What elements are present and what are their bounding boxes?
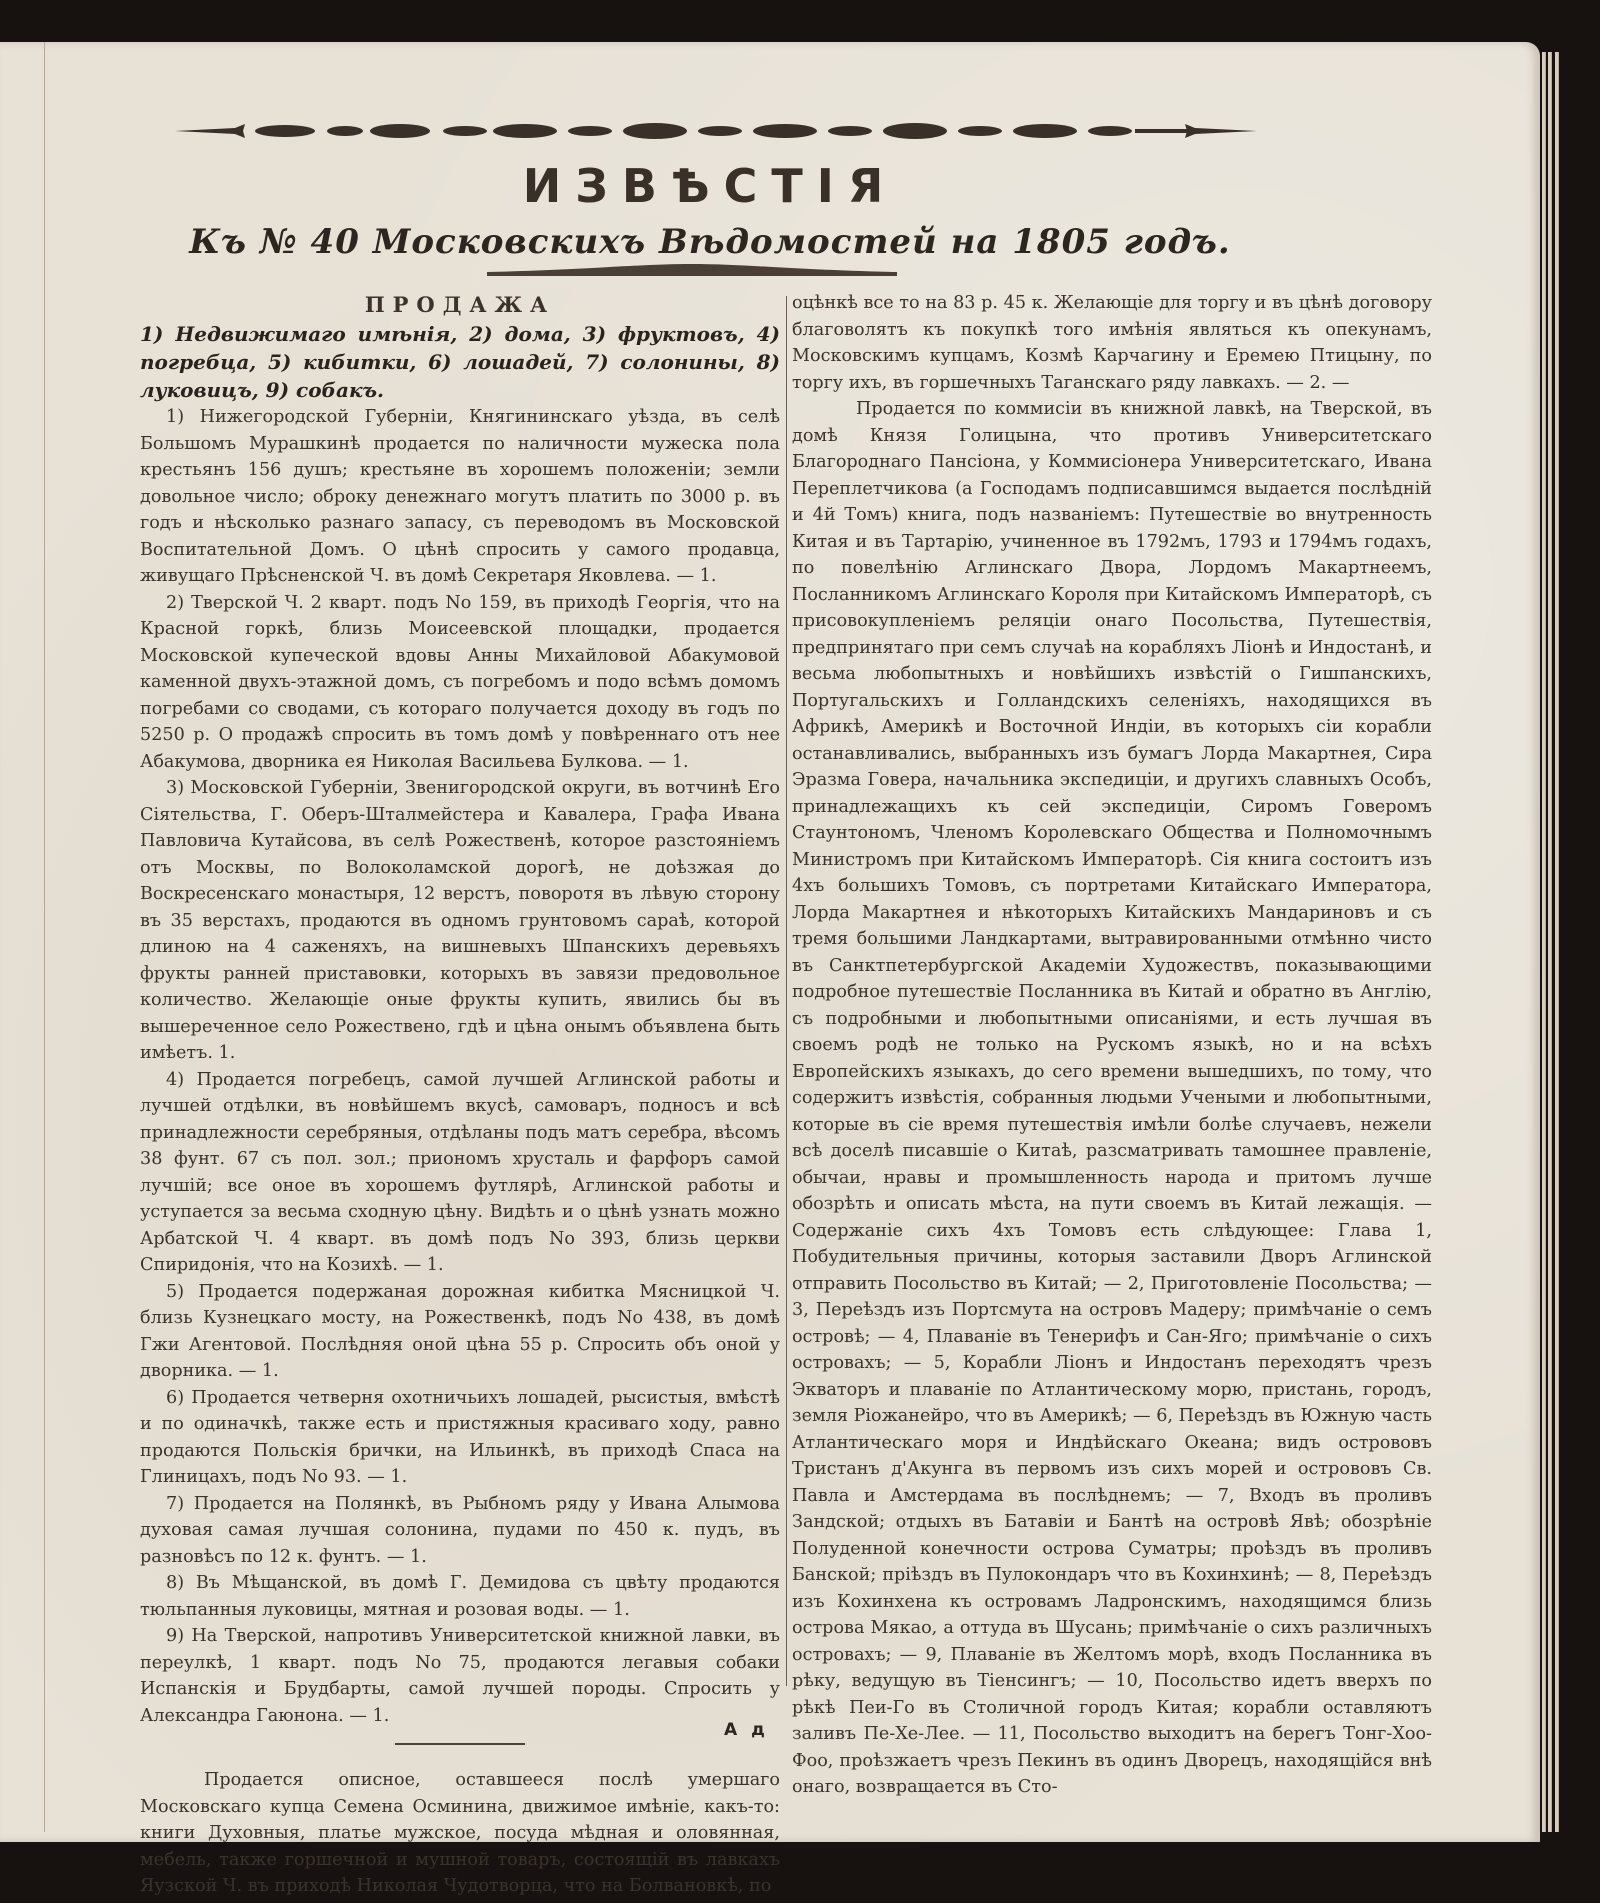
section-separator — [395, 1743, 525, 1745]
section-heading-sale: ПРОДАЖА — [140, 290, 780, 320]
notice-item: 3) Московской Губерніи, Звенигородской о… — [140, 775, 780, 1067]
notice-item: 7) Продается на Полянкѣ, въ Рыбномъ ряду… — [140, 1491, 780, 1571]
notice-item: 1) Нижегородской Губерніи, Княгининскаго… — [140, 404, 780, 590]
estate-notice: Продается описное, оставшееся послѣ умер… — [140, 1767, 780, 1900]
page-edge — [1542, 52, 1546, 1832]
section-summary: 1) Недвижимаго имѣнія, 2) дома, 3) фрукт… — [140, 320, 780, 404]
column-divider — [786, 296, 787, 1686]
notice-item: 2) Тверской Ч. 2 кварт. подъ No 159, въ … — [140, 590, 780, 776]
notice-item: 4) Продается погребецъ, самой лучшей Агл… — [140, 1067, 780, 1279]
short-ornamental-rule-icon — [487, 262, 897, 276]
notice-item: 9) На Тверской, напротивъ Университетско… — [140, 1623, 780, 1729]
notice-item: 5) Продается подержаная дорожная кибитка… — [140, 1279, 780, 1385]
ornamental-rule-icon — [175, 122, 1257, 140]
page-title: ИЗВѢСТІЯ — [160, 158, 1260, 214]
right-column: оцѣнкѣ все то на 83 р. 45 к. Желающіе дл… — [792, 290, 1432, 1801]
masthead: ИЗВѢСТІЯ Къ № 40 Московскихъ Вѣдомостей … — [160, 158, 1260, 266]
left-column: ПРОДАЖА 1) Недвижимаго имѣнія, 2) дома, … — [140, 290, 780, 1900]
page-edge — [1555, 52, 1559, 1832]
notice-item: 6) Продается четверня охотничьихъ лошаде… — [140, 1385, 780, 1491]
page-subtitle: Къ № 40 Московскихъ Вѣдомостей на 1805 г… — [160, 218, 1260, 266]
signature-mark: А д — [724, 1720, 769, 1740]
binding-fold-line — [44, 42, 45, 1832]
page-edge — [1548, 52, 1552, 1832]
book-notice: Продается по коммисіи въ книжной лавкѣ, … — [792, 396, 1432, 1801]
estate-notice-continued: оцѣнкѣ все то на 83 р. 45 к. Желающіе дл… — [792, 290, 1432, 396]
notice-item: 8) Въ Мѣщанской, въ домѣ Г. Демидова съ … — [140, 1570, 780, 1623]
